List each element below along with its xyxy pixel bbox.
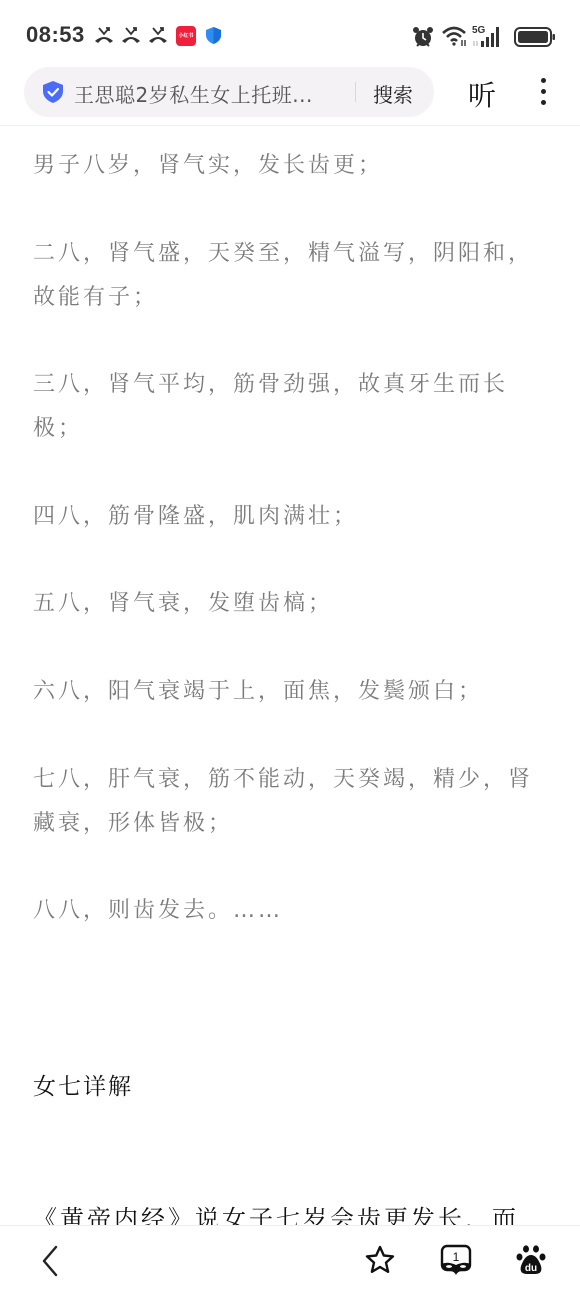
- more-vertical-icon[interactable]: [538, 78, 548, 108]
- status-time: 08:53: [26, 22, 85, 48]
- svg-text:du: du: [525, 1263, 537, 1274]
- address-divider: [355, 82, 356, 102]
- bottom-toolbar: 1 du: [0, 1225, 580, 1295]
- paragraph: 六八，阳气衰竭于上，面焦，发鬓颁白；: [33, 670, 553, 714]
- missed-call-icon: [94, 25, 114, 45]
- alarm-icon: [412, 26, 434, 48]
- battery-icon: [514, 27, 556, 47]
- missed-call-icon: [148, 25, 168, 45]
- verified-shield-icon: [43, 81, 63, 103]
- search-button[interactable]: 搜索: [373, 79, 413, 108]
- paragraph: 三八，肾气平均，筋骨劲强，故真牙生而长极；: [33, 363, 553, 451]
- page-title[interactable]: 王思聪2岁私生女上托班...: [74, 79, 313, 108]
- xiaohongshu-app-icon: 小红书: [176, 26, 196, 46]
- paragraph: 男子八岁，肾气实，发长齿更；: [33, 144, 553, 188]
- listen-button[interactable]: 听: [468, 74, 496, 114]
- security-shield-icon: [206, 27, 221, 44]
- section-heading: 女七详解: [33, 1068, 133, 1101]
- paragraph: 二八，肾气盛，天癸至，精气溢写，阴阳和，故能有子；: [33, 232, 553, 320]
- paragraph-partial: 《黄帝内经》说女子七岁会齿更发长，而: [33, 1199, 573, 1225]
- address-bar[interactable]: 王思聪2岁私生女上托班... 搜索: [24, 67, 434, 117]
- wifi-icon: [441, 25, 469, 47]
- status-bar: 08:53 小红书 5G: [0, 0, 580, 66]
- tab-count: 1: [453, 1250, 460, 1264]
- 5g-signal-icon: 5G: [472, 24, 508, 48]
- paragraph: 五八，肾气衰，发堕齿槁；: [33, 582, 553, 626]
- chevron-left-icon[interactable]: [38, 1243, 62, 1279]
- baidu-paw-icon[interactable]: du: [516, 1244, 546, 1276]
- incognito-tabs-icon[interactable]: 1: [440, 1244, 472, 1278]
- paragraph: 八八，则齿发去。……: [33, 889, 553, 933]
- paragraph: 四八，筋骨隆盛，肌肉满壮；: [33, 495, 553, 539]
- missed-call-icon: [121, 25, 141, 45]
- paragraph: 七八，肝气衰，筋不能动，天癸竭，精少，肾藏衰，形体皆极；: [33, 758, 553, 846]
- article-content: 男子八岁，肾气实，发长齿更； 二八，肾气盛，天癸至，精气溢写，阴阳和，故能有子；…: [0, 125, 580, 1225]
- star-icon[interactable]: [364, 1244, 396, 1276]
- svg-text:5G: 5G: [472, 25, 486, 36]
